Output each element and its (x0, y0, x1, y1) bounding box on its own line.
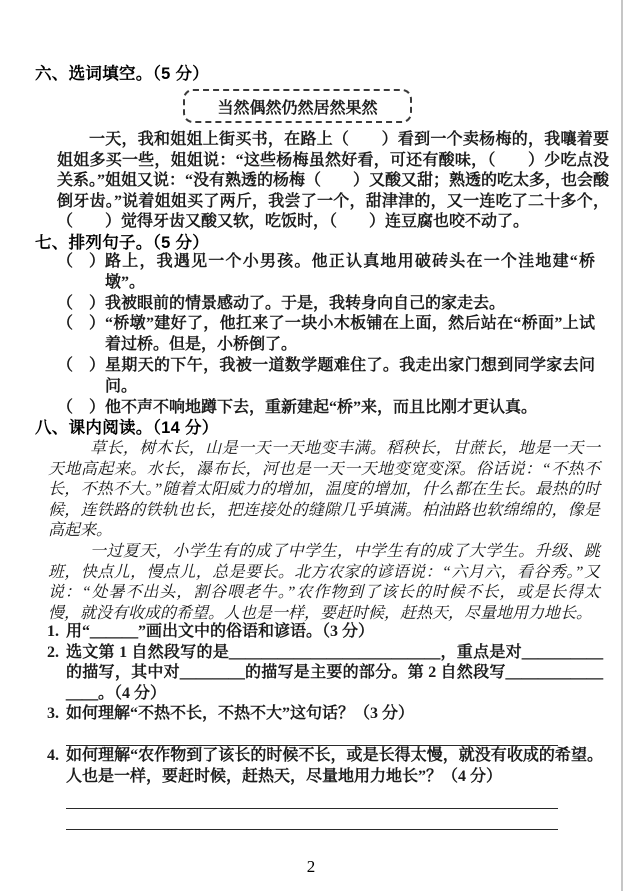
question-item: 4. 如何理解“农作物到了该长的时候不长，或是长得太慢，就没有收成的希望。人也是… (47, 746, 603, 787)
sentence-item: （ ） 我被眼前的情景感动了。于是，我转身向自己的家走去。 (57, 294, 609, 315)
sentence-text: 星期天的下午，我被一道数学题难住了。我走出家门想到同学家去问问。 (105, 356, 595, 398)
test-paper-page: 六、选词填空。（5 分） 当然偶然仍然居然果然 一天，我和姐姐上街买书，在路上（… (0, 0, 631, 891)
section-six-heading: 六、选词填空。（5 分） (35, 63, 209, 85)
word-bank-item: 当然 (217, 100, 249, 117)
sentence-text: 我被眼前的情景感动了。于是，我转身向自己的家走去。 (105, 294, 595, 315)
question-list: 1. 用“＿＿＿”画出文中的俗语和谚语。（3 分） 2. 选文第 1 自然段写的… (47, 622, 603, 830)
question-block: 4. 如何理解“农作物到了该长的时候不长，或是长得太慢，就没有收成的希望。人也是… (47, 746, 603, 830)
question-item: 1. 用“＿＿＿”画出文中的俗语和谚语。（3 分） (47, 622, 603, 643)
word-bank-box: 当然偶然仍然居然果然 (183, 89, 412, 123)
sentence-item: （ ） 路上，我遇见一个小男孩。他正认真地用破砖头在一个洼地建“桥墩”。 (57, 252, 609, 294)
word-bank-item: 偶然 (249, 100, 281, 117)
passage-paragraph: 一过夏天，小学生有的成了中学生，中学生有的成了大学生。升级、跳班，快点儿，慢点儿… (48, 542, 600, 624)
question-text: 用“＿＿＿”画出文中的俗语和谚语。（3 分） (66, 622, 603, 643)
answer-lines-container (47, 787, 603, 830)
answer-line (66, 809, 558, 831)
word-bank-item: 仍然 (281, 100, 313, 117)
question-item: 2. 选文第 1 自然段写的是＿＿＿＿＿＿＿＿＿＿＿＿＿，重点是对＿＿＿＿＿的描… (47, 643, 603, 705)
order-paren-blank: （ ） (57, 252, 105, 273)
passage-paragraph: 草长，树木长，山是一天一天地变丰满。稻秧长，甘蔗长，地是一天一天地高起来。水长，… (48, 439, 600, 542)
sentence-text: 他不声不响地蹲下去，重新建起“桥”来，而且比刚才更认真。 (105, 398, 595, 419)
sentence-text: 路上，我遇见一个小男孩。他正认真地用破砖头在一个洼地建“桥墩”。 (105, 252, 595, 294)
question-number: 1. (47, 622, 66, 643)
question-block: 2. 选文第 1 自然段写的是＿＿＿＿＿＿＿＿＿＿＿＿＿，重点是对＿＿＿＿＿的描… (47, 643, 603, 705)
sentence-text: “桥墩”建好了，他扛来了一块小木板铺在上面，然后站在“桥面”上试着过桥。但是，小… (105, 314, 595, 356)
scan-edge-shadow (621, 0, 623, 891)
question-text: 选文第 1 自然段写的是＿＿＿＿＿＿＿＿＿＿＿＿＿，重点是对＿＿＿＿＿的描写，其… (66, 643, 603, 705)
question-text: 如何理解“农作物到了该长的时候不长，或是长得太慢，就没有收成的希望。人也是一样，… (66, 746, 603, 787)
question-number: 2. (47, 643, 66, 664)
order-paren-blank: （ ） (57, 314, 105, 335)
fill-blank-paragraph: 一天，我和姐姐上街买书，在路上（ ）看到一个卖杨梅的，我嚷着要姐姐多买一些，姐姐… (57, 130, 609, 233)
sentence-item: （ ） “桥墩”建好了，他扛来了一块小木板铺在上面，然后站在“桥面”上试着过桥。… (57, 314, 609, 356)
sentence-item: （ ） 星期天的下午，我被一道数学题难住了。我走出家门想到同学家去问问。 (57, 356, 609, 398)
question-number: 4. (47, 746, 66, 767)
order-paren-blank: （ ） (57, 356, 105, 377)
sentence-item: （ ） 他不声不响地蹲下去，重新建起“桥”来，而且比刚才更认真。 (57, 398, 609, 419)
answer-lines-container (47, 725, 603, 747)
section-eight-heading: 八、课内阅读。（14 分） (35, 417, 219, 439)
word-bank-item: 果然 (346, 100, 378, 117)
reading-passage: 草长，树木长，山是一天一天地变丰满。稻秧长，甘蔗长，地是一天一天地高起来。水长，… (48, 439, 600, 624)
order-paren-blank: （ ） (57, 398, 105, 419)
section-seven-heading: 七、排列句子。（5 分） (35, 232, 209, 254)
question-number: 3. (47, 704, 66, 725)
question-item: 3. 如何理解“不热不长，不热不大”这句话？（3 分） (47, 704, 603, 725)
answer-line (66, 787, 558, 809)
question-block: 1. 用“＿＿＿”画出文中的俗语和谚语。（3 分） (47, 622, 603, 643)
question-block: 3. 如何理解“不热不长，不热不大”这句话？（3 分） (47, 704, 603, 746)
page-number: 2 (0, 857, 622, 877)
sentence-ordering-list: （ ） 路上，我遇见一个小男孩。他正认真地用破砖头在一个洼地建“桥墩”。 （ ）… (57, 252, 609, 418)
word-bank-item: 居然 (314, 100, 346, 117)
answer-line (66, 725, 558, 747)
question-text: 如何理解“不热不长，不热不大”这句话？（3 分） (66, 704, 603, 725)
order-paren-blank: （ ） (57, 294, 105, 315)
